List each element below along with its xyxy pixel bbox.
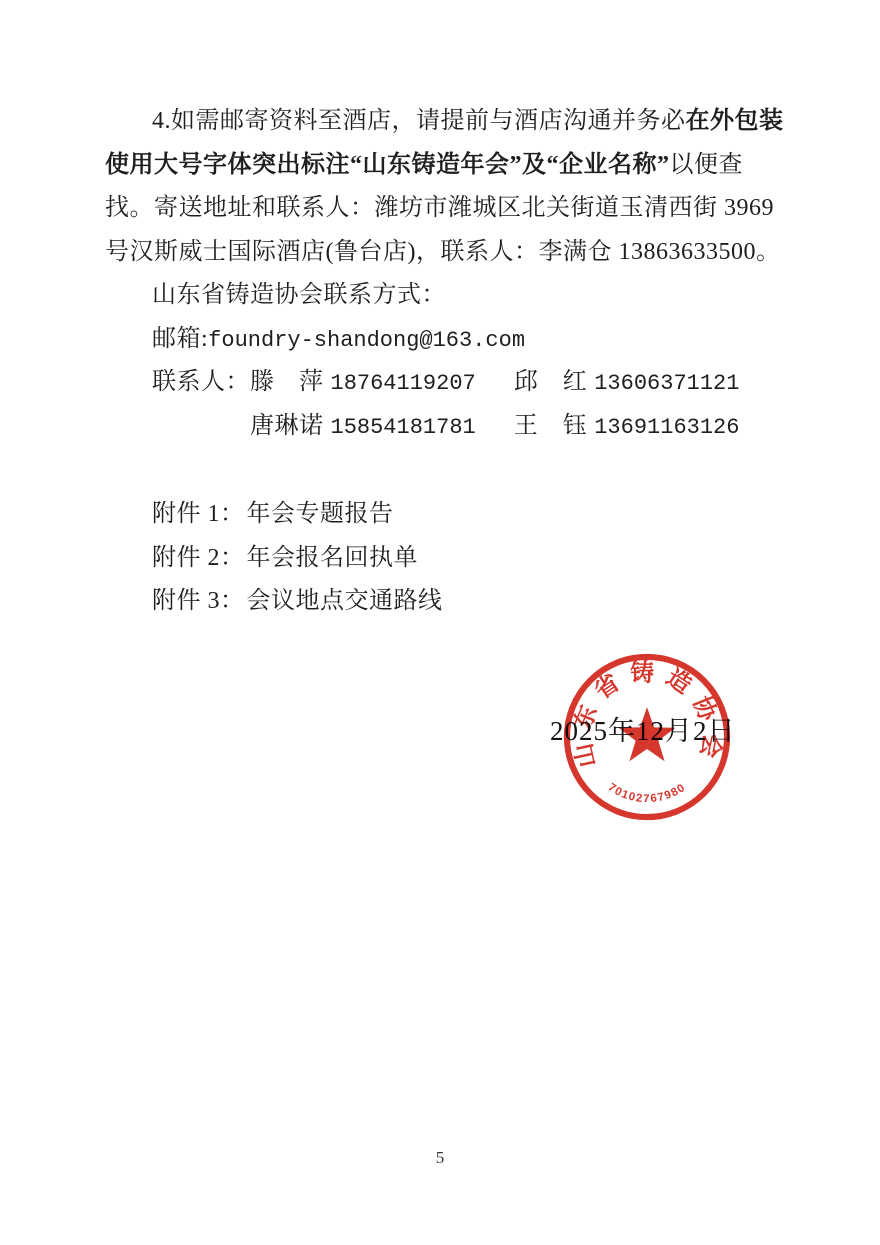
text-segment: 使用大号字体突出标注“山东铸造年会”及“企业名称” [105,152,670,178]
text-segment: 找。寄送地址和联系人：潍坊市潍城区北关街道玉清西街 3969 [105,195,774,221]
attachments-list: 附件 1：年会专题报告附件 2：年会报名回执单附件 3：会议地点交通路线 [105,493,795,624]
email-label: 邮箱: [152,326,208,352]
contact-phone: 15854181781 [331,415,476,440]
attachment-title: 年会专题报告 [247,501,394,527]
attachment-title: 会议地点交通路线 [247,588,443,614]
contact-entry: 滕 萍18764119207 [250,369,476,395]
attachment-title: 年会报名回执单 [247,545,419,571]
contact-name: 王 钰 [514,405,588,449]
contact-row: 唐琳诺15854181781王 钰13691163126 [105,405,795,449]
email-value: foundry-shandong@163.com [208,328,525,353]
document-content: 4.如需邮寄资料至酒店，请提前与酒店沟通并务必在外包装使用大号字体突出标注“山东… [105,100,795,624]
document-page: 4.如需邮寄资料至酒店，请提前与酒店沟通并务必在外包装使用大号字体突出标注“山东… [0,0,880,1245]
text-segment: 4.如需邮寄资料至酒店，请提前与酒店沟通并务必 [152,108,686,134]
contact-entry: 唐琳诺15854181781 [250,413,476,439]
contact-label: 联系人： [152,361,250,405]
text-segment: 在外包装 [686,108,784,134]
attachment-label: 附件 1： [152,501,245,527]
contact-entry: 邱 红13606371121 [514,369,740,395]
contact-phone: 13606371121 [594,371,739,396]
contact-section-title: 山东省铸造协会联系方式： [105,274,795,318]
contact-entry: 王 钰13691163126 [514,413,740,439]
paragraph-line: 使用大号字体突出标注“山东铸造年会”及“企业名称”以便查 [105,144,795,188]
attachment-line: 附件 3：会议地点交通路线 [105,580,795,624]
paragraph-line: 号汉斯威士国际酒店(鲁台店)，联系人：李满仓 13863633500。 [105,231,795,275]
text-segment: 号汉斯威士国际酒店(鲁台店)，联系人：李满仓 13863633500。 [105,239,780,265]
attachment-line: 附件 2：年会报名回执单 [105,537,795,581]
contact-rows: 联系人：滕 萍18764119207邱 红13606371121唐琳诺15854… [105,361,795,448]
contact-phone: 13691163126 [594,415,739,440]
paragraph-line: 找。寄送地址和联系人：潍坊市潍城区北关街道玉清西街 3969 [105,187,795,231]
contact-phone: 18764119207 [331,371,476,396]
attachment-label: 附件 2： [152,545,245,571]
page-number: 5 [0,1148,880,1168]
text-segment: 以便查 [670,152,744,178]
contact-row: 联系人：滕 萍18764119207邱 红13606371121 [105,361,795,405]
contact-name: 滕 萍 [250,361,324,405]
attachment-line: 附件 1：年会专题报告 [105,493,795,537]
contact-name: 邱 红 [514,361,588,405]
paragraph-mailing: 4.如需邮寄资料至酒店，请提前与酒店沟通并务必在外包装使用大号字体突出标注“山东… [105,100,795,274]
document-date: 2025年12月2日 [550,714,736,748]
email-line: 邮箱:foundry-shandong@163.com [105,318,795,362]
attachment-label: 附件 3： [152,588,245,614]
paragraph-line: 4.如需邮寄资料至酒店，请提前与酒店沟通并务必在外包装 [105,100,795,144]
contact-name: 唐琳诺 [250,405,324,449]
